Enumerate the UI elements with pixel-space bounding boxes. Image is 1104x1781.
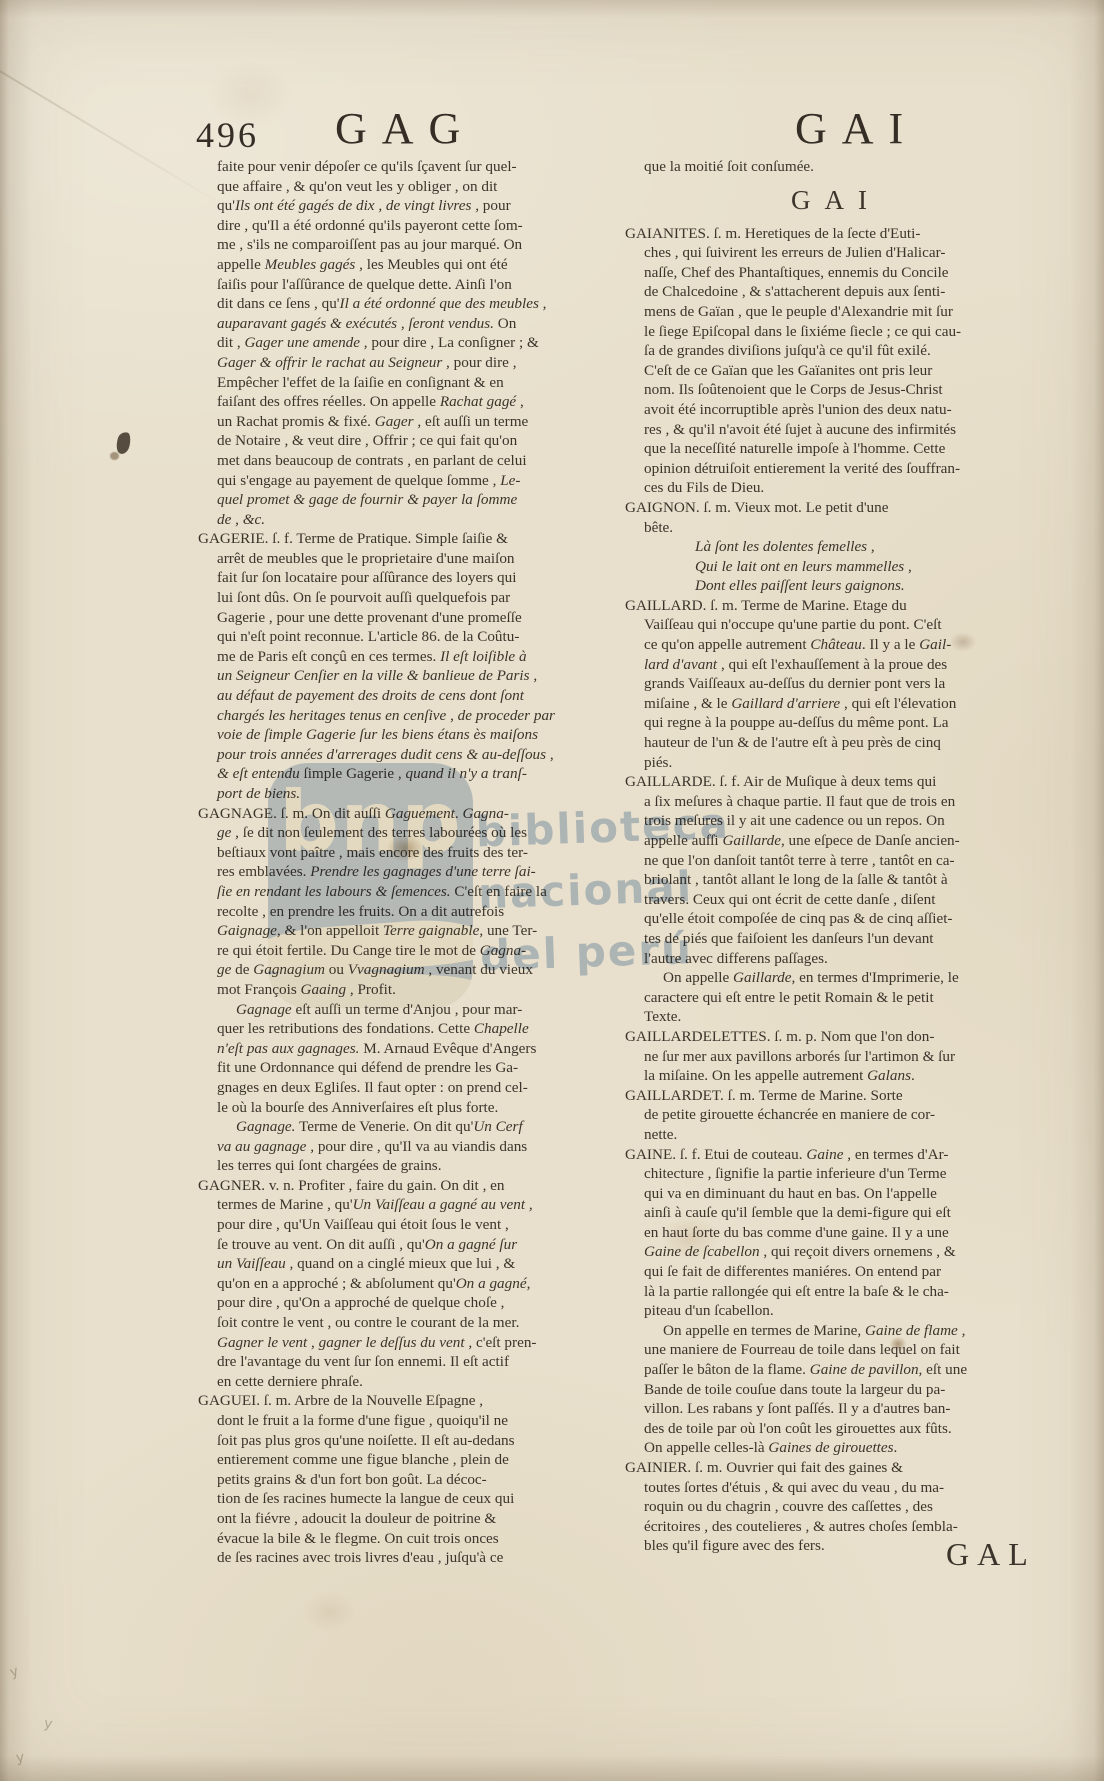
text-line: gnages en deux Egliſes. Il faut opter : … [217,1078,600,1098]
text-line: Là ſont les dolentes femelles , [695,537,1047,557]
text-line: évacue la bile & le flegme. On cuit troi… [217,1529,600,1549]
text-line: GAIANITES. ſ. m. Heretiques de la ſecte … [625,224,1047,244]
text-line: GAGERIE. ſ. f. Terme de Pratique. Simple… [198,529,600,549]
text-line: ſe trouve au vent. On dit auſſi , qu'On … [217,1235,600,1255]
text-line: miſaine , & le Gaillard d'arriere , qui … [644,694,1047,714]
text-line: Gaine de ſcabellon , qui reçoit divers o… [644,1242,1047,1262]
text-line: de , &c. [217,510,600,530]
text-line: l'autre avec differens paſſages. [644,949,1047,969]
text-line: va au gagnage , pour dire , qu'Il va au … [217,1137,600,1157]
text-line: On appelle celles-là Gaines de girouette… [644,1438,1047,1458]
pencil-mark: y [8,1663,21,1681]
text-line: avoit été incorruptible après l'union de… [644,400,1047,420]
text-line: ne que l'on danſoit tantôt terre à terre… [644,851,1047,871]
text-line: GAILLARDET. ſ. m. Terme de Marine. Sorte [625,1086,1047,1106]
text-line: auparavant gagés & exécutés , ſeront ven… [217,314,600,334]
text-line: ainſi à cauſe qu'il ſemble que la demi-f… [644,1203,1047,1223]
text-line: villon. Les rabans y ſont paſſés. Il y a… [644,1399,1047,1419]
text-line: entierement comme une figue blanche , pl… [217,1450,600,1470]
text-line: que la moitié ſoit conſumée. [644,157,1047,177]
text-line: res emblavées. Prendre les gagnages d'un… [217,862,600,882]
text-line: qu'elle étoit compoſée de cinq pas & de … [644,909,1047,929]
text-line: & eſt entendu ſimple Gagerie , quand il … [217,764,600,784]
running-title-right: GAI [795,103,918,154]
text-line: Gagnage. Terme de Venerie. On dit qu'Un … [236,1117,600,1137]
text-line: C'eſt de ce Gaïan que les Gaïanites ont … [644,361,1047,381]
text-line: Qui le lait ont en leurs mammelles , [695,557,1047,577]
fox-spot [110,452,119,460]
text-line: lard d'avant , qui eſt l'exhauſſement à … [644,655,1047,675]
text-line: un Vaiſſeau , quand on a cinglé mieux qu… [217,1254,600,1274]
page-number: 496 [196,114,259,156]
text-line: trois meſures il y ait une cadence ou un… [644,811,1047,831]
text-line: faite pour venir dépoſer ce qu'ils ſçave… [217,157,600,177]
text-line: Gagner le vent , gagner le deſſus du ven… [217,1333,600,1353]
text-line: travers. Ceux qui ont écrit de cette dan… [644,890,1047,910]
text-line: GAGUEI. ſ. m. Arbre de la Nouvelle Eſpag… [198,1391,600,1411]
text-line: On appelle Gaillarde, en termes d'Imprim… [663,968,1047,988]
text-line: a ſix meſures à chaque partie. Il faut q… [644,792,1047,812]
text-line: nette. [644,1125,1047,1145]
text-line: le où la bourſe des Anniverſaires eſt pl… [217,1098,600,1118]
text-line: qui n'eſt point reconnue. L'article 86. … [217,627,600,647]
dictionary-page-scan: 496 GAG GAI faite pour venir dépoſer ce … [0,0,1104,1781]
text-line: qui va en diminuant du haut en bas. On l… [644,1184,1047,1204]
text-line: caractere qui eſt entre le petit Romain … [644,988,1047,1008]
text-line: pour trois années d'arrerages dudit cens… [217,745,600,765]
text-line: dre l'avantage du vent ſur ſon ennemi. I… [217,1352,600,1372]
text-line: roquin ou du chagrin , couvre des caſſet… [644,1497,1047,1517]
text-line: opinion détruiſoit entierement la verité… [644,459,1047,479]
text-line: des de toile par où l'on coût les giroue… [644,1419,1047,1439]
text-line: GAGNER. v. n. Profiter , faire du gain. … [198,1176,600,1196]
text-line: paſſer le bâton de la flame. Gaine de pa… [644,1360,1047,1380]
text-line: ge de Gagnagium ou Vvagnagium , venant d… [217,960,600,980]
text-line: GAILLARDELETTES. ſ. m. p. Nom que l'on d… [625,1027,1047,1047]
text-line: Texte. [644,1007,1047,1027]
text-line: grands Vaiſſeaux au-deſſus du dernier po… [644,674,1047,694]
text-line: ces du Fils de Dieu. [644,478,1047,498]
paper-crease [0,52,227,208]
text-line: chitecture , ſignifie la partie inferieu… [644,1164,1047,1184]
text-line: le ſiege Epiſcopal dans le ſixiéme ſiecl… [644,322,1047,342]
text-line: dire , qu'Il a été ordonné qu'ils payero… [217,216,600,236]
column-right: que la moitié ſoit conſumée.GAIGAIANITES… [625,157,1047,1556]
text-line: qui ſe fait de differentes maniéres. On … [644,1262,1047,1282]
text-line: en haut ſorte du bas comme d'une gaine. … [644,1223,1047,1243]
text-line: pour dire , qu'Un Vaiſſeau qui étoit ſou… [217,1215,600,1235]
text-line: quel promet & gage de fournir & payer la… [217,490,600,510]
text-line: voie de ſimple Gagerie ſur les biens éta… [217,725,600,745]
text-line: de petite girouette échancrée en maniere… [644,1105,1047,1125]
text-line: dit , Gager une amende , pour dire , La … [217,333,600,353]
text-line: ne ſur mer aux pavillons arborés ſur l'a… [644,1047,1047,1067]
text-line: de ſes racines avec trois livres d'eau ,… [217,1548,600,1568]
text-line: qu'on en a approché ; & abſolument qu'On… [217,1274,600,1294]
text-line: appelle Meubles gagés , les Meubles qui … [217,255,600,275]
text-line: res , & qu'il n'avoit été ſujet à aucune… [644,420,1047,440]
text-line: GAINIER. ſ. m. Ouvrier qui fait des gain… [625,1458,1047,1478]
text-line: Empêcher l'effet de la ſaiſie en conſign… [217,373,600,393]
text-line: met dans beaucoup de contrats , en parla… [217,451,600,471]
text-line: piés. [644,753,1047,773]
text-line: dont le fruit a la forme d'une figue , q… [217,1411,600,1431]
text-line: bête. [644,518,1047,538]
text-line: ſa de grandes diviſions juſqu'à ce qu'il… [644,341,1047,361]
text-line: naſſe, Chef des Phantaſtiques, ennemis d… [644,263,1047,283]
text-line: en cette derniere phraſe. [217,1372,600,1392]
text-line: GAILLARD. ſ. m. Terme de Marine. Etage d… [625,596,1047,616]
text-line: faiſant des offres réelles. On appelle R… [217,392,600,412]
text-line: piteau d'un ſcabellon. [644,1301,1047,1321]
text-line: de Notaire , & veut dire , Offrir ; ce q… [217,431,600,451]
text-line: n'eſt pas aux gagnages. M. Arnaud Evêque… [217,1039,600,1059]
text-line: qu'Ils ont été gagés de dix , de vingt l… [217,196,600,216]
text-line: un Seigneur Cenſier en la ville & banlie… [217,666,600,686]
text-line: dit dans ce ſens , qu'Il a été ordonné q… [217,294,600,314]
ink-blot [115,431,132,455]
text-line: tion de ſes racines humecte la langue de… [217,1489,600,1509]
text-line: termes de Marine , qu'Un Vaiſſeau a gagn… [217,1195,600,1215]
text-line: écritoires , des coutelieres , & autres … [644,1517,1047,1537]
text-line: Gagerie , pour une dette provenant d'une… [217,608,600,628]
text-line: Vaiſſeau qui n'occupe qu'une partie du p… [644,615,1047,635]
text-line: Gaignage, & l'on appelloit Terre gaignab… [217,921,600,941]
text-line: re qui étoit fertile. Du Cange tire le m… [217,941,600,961]
text-line: lui ſont dûs. On ſe pourvoit auſſi quelq… [217,588,600,608]
text-line: me de Paris eſt conçû en ces termes. Il … [217,647,600,667]
text-line: GAGNAGE. ſ. m. On dit auſſi Gaguement. G… [198,804,600,824]
text-line: briolant , tantôt allant le long de la ſ… [644,870,1047,890]
text-line: On appelle en termes de Marine, Gaine de… [663,1321,1047,1341]
text-line: hauteur de l'un & de l'autre eſt à peu p… [644,733,1047,753]
text-line: quer les retributions des fondations. Ce… [217,1019,600,1039]
text-line: fit une Ordonnance qui défend de prendre… [217,1058,600,1078]
text-line: de Chalcedoine , & s'attacherent depuis … [644,282,1047,302]
text-line: ge , ſe dit non ſeulement des terres lab… [217,823,600,843]
text-line: port de biens. [217,784,600,804]
text-line: GAIGNON. ſ. m. Vieux mot. Le petit d'une [625,498,1047,518]
text-line: Gager & offrir le rachat au Seigneur , p… [217,353,600,373]
text-line: Bande de toile couſue dans toute la larg… [644,1380,1047,1400]
text-line: GAINE. ſ. f. Etui de couteau. Gaine , en… [625,1145,1047,1165]
pencil-mark: y [15,1750,25,1767]
text-line: une maniere de Fourreau de toile dans le… [644,1340,1047,1360]
text-line: là la partie rallongée qui eſt entre la … [644,1282,1047,1302]
column-left: faite pour venir dépoſer ce qu'ils ſçave… [198,157,600,1568]
text-line: Gagnage eſt auſſi un terme d'Anjou , pou… [236,1000,600,1020]
text-line: Dont elles paiſſent leurs gaignons. [695,576,1047,596]
text-line: ſoit pas plus gros qu'une noiſette. Il e… [217,1431,600,1451]
text-line: arrêt de meubles que le proprietaire d'u… [217,549,600,569]
section-heading: GAI [625,185,1047,215]
text-line: toutes ſortes d'étuis , & qui avec du ve… [644,1478,1047,1498]
text-line: mot François Gaaing , Profit. [217,980,600,1000]
text-line: ſaiſis pour l'aſſûrance de quelque dette… [217,275,600,295]
text-line: recolte , en prendre les fruits. On a di… [217,902,600,922]
pencil-mark: y [43,1715,54,1732]
text-line: ches , qui ſuivirent les erreurs de Juli… [644,243,1047,263]
text-line: ont la fiévre , adoucit la douleur de po… [217,1509,600,1529]
text-line: mens de Gaïan , que le peuple d'Alexandr… [644,302,1047,322]
text-line: tes de piés que faiſoient les danſeurs l… [644,929,1047,949]
text-line: appelle auſſi Gaillarde, une eſpece de D… [644,831,1047,851]
text-line: que la neceſſité naturelle impoſe à l'ho… [644,439,1047,459]
running-title-left: GAG [335,103,475,154]
text-line: pour dire , qu'On a approché de quelque … [217,1293,600,1313]
text-line: qui s'engage au payement de quelque ſomm… [217,471,600,491]
text-line: me , s'ils ne comparoiſſent pas au jour … [217,235,600,255]
catchword: GAL [946,1536,1036,1573]
text-line: chargés les heritages tenus en cenſive ,… [217,706,600,726]
text-line: ſoit contre le vent , ou contre le coura… [217,1313,600,1333]
text-line: ce qu'on appelle autrement Château. Il y… [644,635,1047,655]
text-line: que affaire , & qu'on veut les y obliger… [217,177,600,197]
text-line: petits grains & d'un fort bon goût. La d… [217,1470,600,1490]
text-line: nom. Ils ſoûtenoient que le Corps de Jes… [644,380,1047,400]
text-line: fait ſur ſon locataire pour aſſûrance de… [217,568,600,588]
text-line: les terres qui ſont chargées de grains. [217,1156,600,1176]
text-line: qui regne à la pouppe au-deſſus du même … [644,713,1047,733]
text-line: beſtiaux vont paître , mais encore des f… [217,843,600,863]
text-line: la miſaine. On les appelle autrement Gal… [644,1066,1047,1086]
text-line: GAILLARDE. ſ. f. Air de Muſique à deux t… [625,772,1047,792]
text-line: ſie en rendant les labours & ſemences. C… [217,882,600,902]
text-line: au défaut de payement des droits de cens… [217,686,600,706]
text-line: un Rachat promis & fixé. Gager , eſt auſ… [217,412,600,432]
